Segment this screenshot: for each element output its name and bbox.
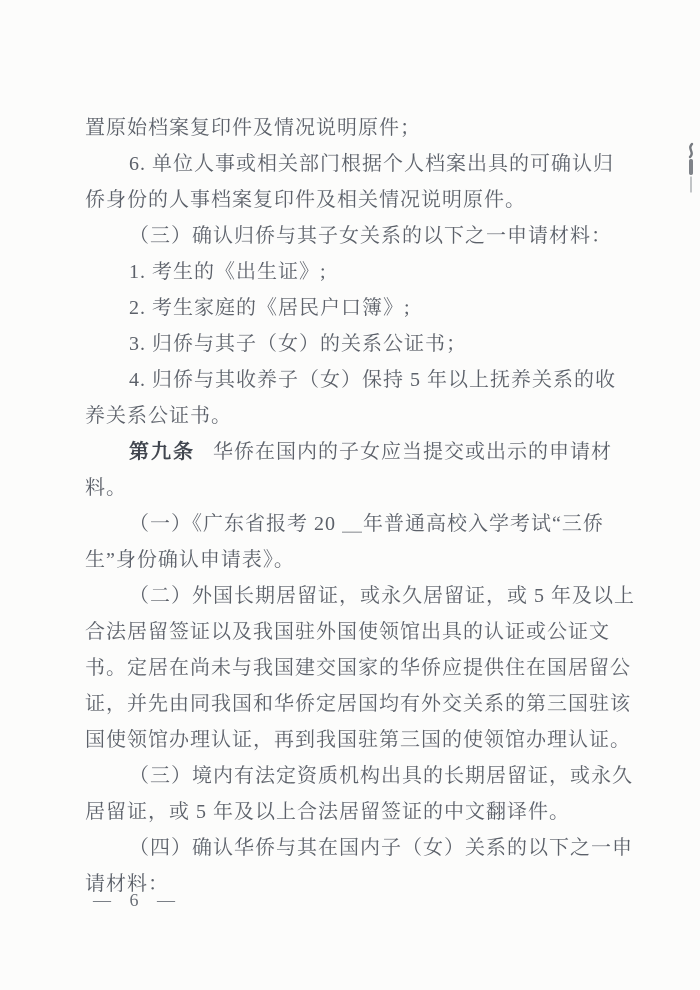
paragraph-line: 6. 单位人事或相关部门根据个人档案出具的可确认归 xyxy=(85,146,637,182)
list-item-line: 1. 考生的《出生证》; xyxy=(85,254,637,290)
paragraph-line: 置原始档案复印件及情况说明原件； xyxy=(85,110,637,146)
paragraph-line: 证，并先由同我国和华侨定居国均有外交关系的第三国驻该 xyxy=(85,686,637,722)
paragraph-line: 国使领馆办理认证，再到我国驻第三国的使领馆办理认证。 xyxy=(85,722,637,758)
paragraph-line: 养关系公证书。 xyxy=(85,398,637,434)
scan-smudge-mark xyxy=(684,142,698,194)
paragraph-line: （二）外国长期居留证，或永久居留证，或 5 年及以上 xyxy=(85,578,637,614)
paragraph-line: 书。定居在尚未与我国建交国家的华侨应提供住在国居留公 xyxy=(85,650,637,686)
paragraph-line: 料。 xyxy=(85,470,637,506)
scanned-document-page: 置原始档案复印件及情况说明原件； 6. 单位人事或相关部门根据个人档案出具的可确… xyxy=(0,0,700,990)
article-9-heading-line: 第九条华侨在国内的子女应当提交或出示的申请材 xyxy=(85,434,637,470)
paragraph-line: （四）确认华侨与其在国内子（女）关系的以下之一申 xyxy=(85,830,637,866)
paragraph-line: （三）确认归侨与其子女关系的以下之一申请材料： xyxy=(85,218,637,254)
paragraph-line: 生”身份确认申请表》。 xyxy=(85,542,637,578)
page-number: — 6 — xyxy=(93,890,182,911)
paragraph-line: 居留证，或 5 年及以上合法居留签证的中文翻译件。 xyxy=(85,794,637,830)
article-9-term: 第九条 xyxy=(129,441,195,463)
list-item-line: 3. 归侨与其子（女）的关系公证书； xyxy=(85,326,637,362)
paragraph-line: （一）《广东省报考 20 ＿年普通高校入学考试“三侨 xyxy=(85,506,637,542)
document-body: 置原始档案复印件及情况说明原件； 6. 单位人事或相关部门根据个人档案出具的可确… xyxy=(85,110,637,902)
list-item-line: 2. 考生家庭的《居民户口簿》; xyxy=(85,290,637,326)
list-item-line: 4. 归侨与其收养子（女）保持 5 年以上抚养关系的收 xyxy=(85,362,637,398)
paragraph-line: 侨身份的人事档案复印件及相关情况说明原件。 xyxy=(85,182,637,218)
paragraph-line: （三）境内有法定资质机构出具的长期居留证，或永久 xyxy=(85,758,637,794)
paragraph-line: 合法居留签证以及我国驻外国使领馆出具的认证或公证文 xyxy=(85,614,637,650)
article-9-text: 华侨在国内的子女应当提交或出示的申请材 xyxy=(213,441,612,463)
